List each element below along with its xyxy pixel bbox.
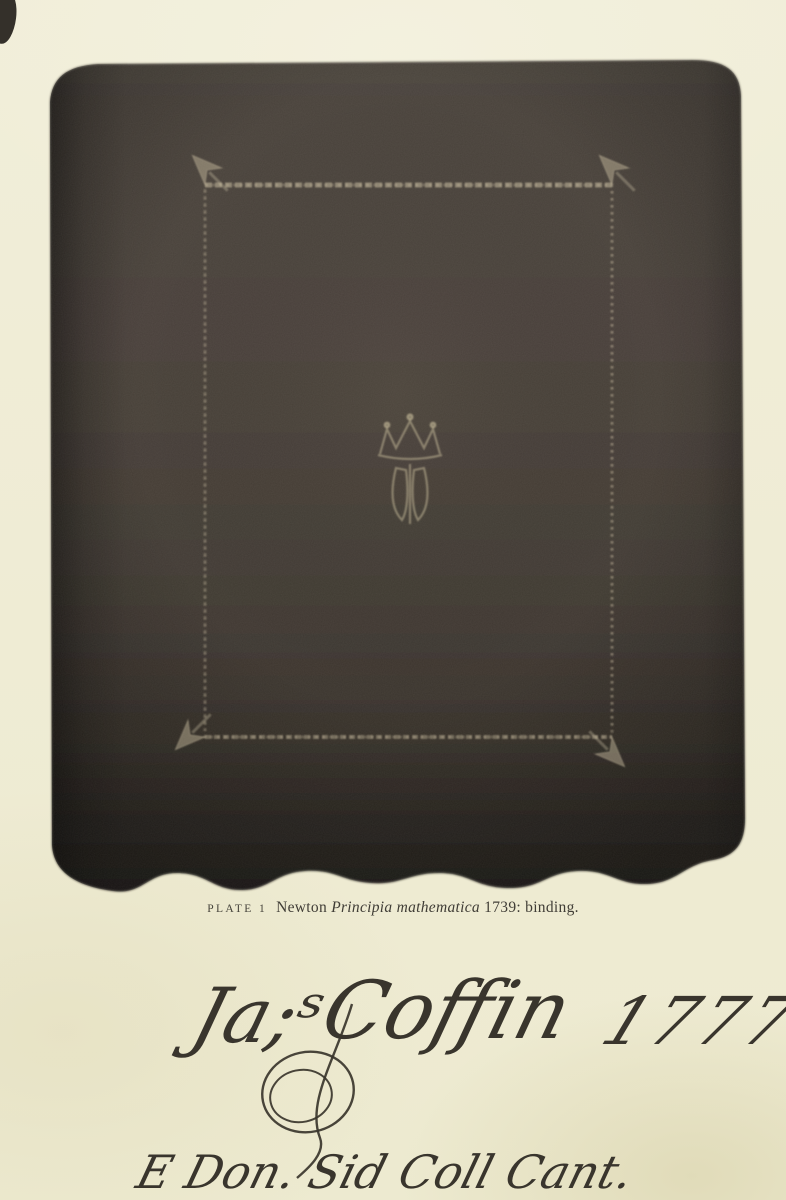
plate-caption-author: Newton — [276, 899, 327, 916]
plate-caption-tail: 1739: binding. — [484, 899, 579, 916]
inscription-name: Ja;ˢ — [170, 972, 333, 1060]
inscription-year: 1777 — [591, 983, 786, 1060]
plate-caption-work-title: Principia mathematica — [331, 899, 480, 916]
plate-photograph — [38, 50, 752, 902]
handwritten-inscription: Ja;ˢ Coffin 1777 E Don. Sid Coll Cant. — [0, 935, 786, 1200]
plate-caption-label: PLATE 1 — [207, 903, 267, 915]
scan-artifact-corner — [0, 0, 19, 45]
inscription-line2: E Don. Sid Coll Cant. — [130, 1147, 639, 1200]
scanned-book-page: PLATE 1Newton Principia mathematica 1739… — [0, 0, 786, 1200]
plate-caption: PLATE 1Newton Principia mathematica 1739… — [0, 899, 786, 917]
inscription-surname: Coffin — [313, 964, 581, 1057]
